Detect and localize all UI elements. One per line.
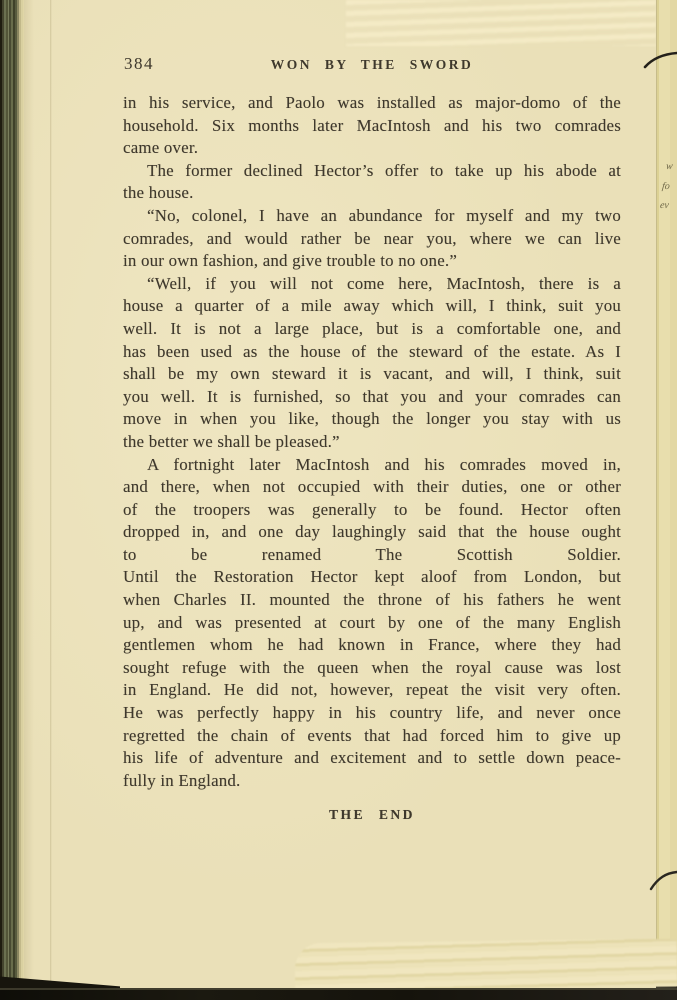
text-line: gentlemen whom he had known in France, w… bbox=[123, 634, 621, 657]
text-line: dropped in, and one day laughingly said … bbox=[123, 521, 621, 544]
book-page: 384 WON BY THE SWORD in his service, and… bbox=[24, 0, 656, 988]
text-line: The former declined Hector’s offer to ta… bbox=[123, 160, 621, 183]
paragraphs-container: in his service, and Paolo was installed … bbox=[123, 92, 621, 792]
text-line: “Well, if you will not come here, MacInt… bbox=[123, 273, 621, 296]
stacked-page-edges bbox=[295, 939, 677, 992]
text-line: “No, colonel, I have an abundance for my… bbox=[123, 205, 621, 228]
text-line: He was perfectly happy in his country li… bbox=[123, 702, 621, 725]
end-label: THE END bbox=[123, 807, 621, 823]
page-header: 384 WON BY THE SWORD bbox=[123, 54, 621, 76]
text-line: in our own fashion, and give trouble to … bbox=[123, 250, 621, 273]
text-line: move in when you like, though the longer… bbox=[123, 408, 621, 431]
text-line: came over. bbox=[123, 137, 621, 160]
text-line: you well. It is furnished, so that you a… bbox=[123, 386, 621, 409]
text-line: Until the Restoration Hector kept aloof … bbox=[123, 566, 621, 589]
facing-page-text-fragment: w bbox=[665, 161, 673, 172]
page-gutter-crease bbox=[50, 0, 52, 988]
text-line: household. Six months later MacIntosh an… bbox=[123, 115, 621, 138]
text-line: house a quarter of a mile away which wil… bbox=[123, 295, 621, 318]
running-header: WON BY THE SWORD bbox=[123, 57, 621, 73]
paragraph: A fortnight later MacIntosh and his comr… bbox=[123, 454, 621, 793]
text-line: sought refuge with the queen when the ro… bbox=[123, 657, 621, 680]
text-line: when Charles II. mounted the throne of h… bbox=[123, 589, 621, 612]
text-line: the better we shall be pleased.” bbox=[123, 431, 621, 454]
text-line: and there, when not occupied with their … bbox=[123, 476, 621, 499]
text-line: comrades, and would rather be near you, … bbox=[123, 228, 621, 251]
text-line: regretted the chain of events that had f… bbox=[123, 725, 621, 748]
book-scan: 384 WON BY THE SWORD in his service, and… bbox=[0, 0, 677, 1000]
facing-page-text-fragment: fo bbox=[661, 181, 670, 192]
paragraph: “Well, if you will not come here, MacInt… bbox=[123, 273, 621, 454]
paper-texture-band bbox=[346, 0, 656, 46]
text-line: fully in England. bbox=[123, 770, 621, 793]
text-line: shall be my own steward it is vacant, an… bbox=[123, 363, 621, 386]
paragraph: in his service, and Paolo was installed … bbox=[123, 92, 621, 160]
text-line: well. It is not a large place, but is a … bbox=[123, 318, 621, 341]
text-line: to be renamed The Scottish Soldier. bbox=[123, 544, 621, 567]
text-line: has been used as the house of the stewar… bbox=[123, 341, 621, 364]
book-binding-edge bbox=[0, 0, 26, 1000]
book-bottom-edge bbox=[0, 988, 677, 1000]
text-line: of the troopers was generally to be foun… bbox=[123, 499, 621, 522]
text-line: in his service, and Paolo was installed … bbox=[123, 92, 621, 115]
paragraph: The former declined Hector’s offer to ta… bbox=[123, 160, 621, 205]
text-line: the house. bbox=[123, 182, 621, 205]
facing-page-text-fragment: ev bbox=[659, 200, 669, 211]
facing-page-edge: w fo ev bbox=[656, 0, 677, 986]
text-line: A fortnight later MacIntosh and his comr… bbox=[123, 454, 621, 477]
text-line: up, and was presented at court by one of… bbox=[123, 612, 621, 635]
paragraph: “No, colonel, I have an abundance for my… bbox=[123, 205, 621, 273]
text-line: in England. He did not, however, repeat … bbox=[123, 679, 621, 702]
text-line: his life of adventure and excitement and… bbox=[123, 747, 621, 770]
page-body: in his service, and Paolo was installed … bbox=[123, 92, 621, 823]
